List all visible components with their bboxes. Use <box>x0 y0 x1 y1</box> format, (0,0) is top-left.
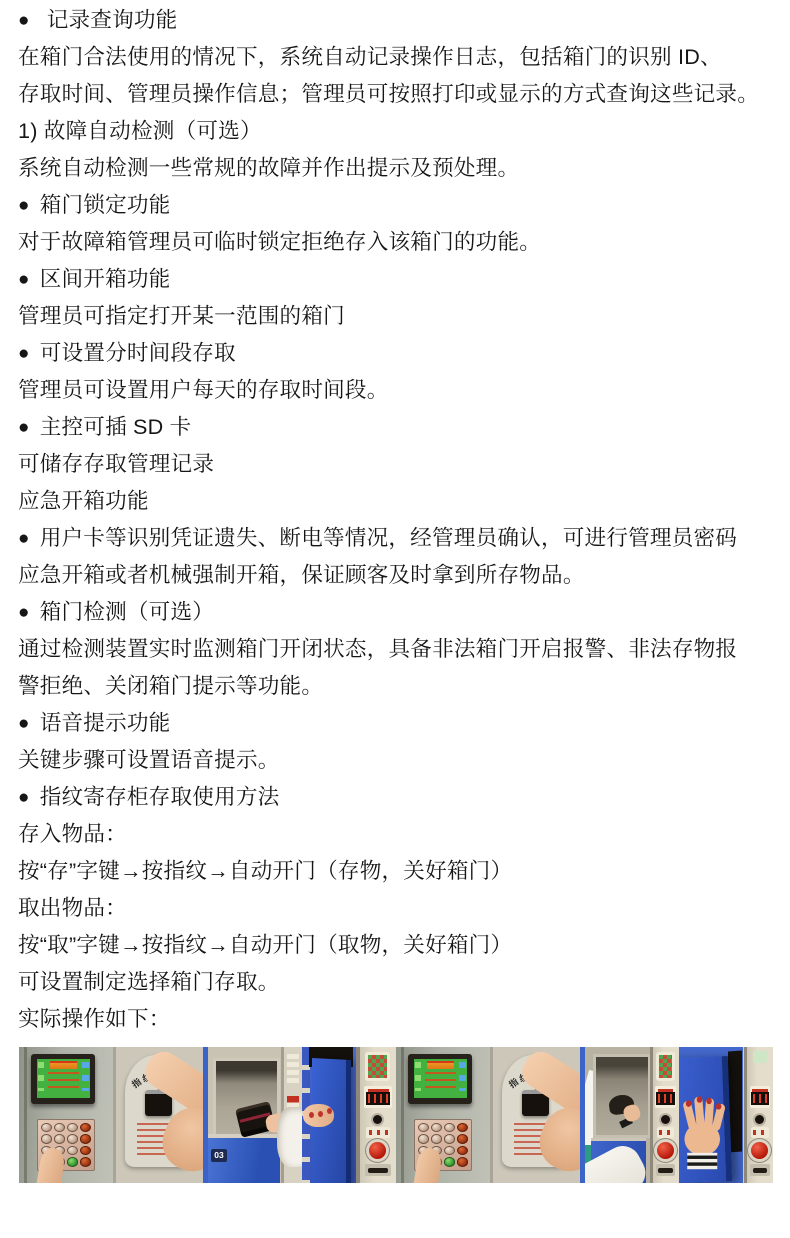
text-line: 可设置制定选择箱门存取。 <box>18 963 778 1000</box>
control-sticker <box>366 1127 389 1138</box>
line-text: 箱门锁定功能 <box>40 192 171 217</box>
photo-press-key-step <box>19 1047 113 1183</box>
photo-press-key-step <box>396 1047 490 1183</box>
text-line: 存取时间、管理员操作信息；管理员可按照打印或显示的方式查询这些记录。 <box>18 75 778 112</box>
bullet-icon: ● <box>18 779 30 816</box>
door-number-label: 03 <box>211 1149 226 1162</box>
line-text: 按“存”字键→按指纹→自动开门（存物，关好箱门） <box>18 858 512 883</box>
bullet-icon: ● <box>18 705 30 742</box>
text-line: 对于故障箱管理员可临时锁定拒绝存入该箱门的功能。 <box>18 223 778 260</box>
hand <box>679 1082 734 1183</box>
card-slot <box>365 1164 391 1176</box>
line-text: 实际操作如下： <box>18 1006 171 1031</box>
bullet-icon: ● <box>18 335 30 372</box>
line-text: 关键步骤可设置语音提示。 <box>18 747 280 772</box>
photo-close-door-step <box>679 1047 773 1183</box>
text-line: ●区间开箱功能 <box>18 260 778 297</box>
card-slot <box>656 1164 675 1176</box>
keyhole <box>661 1115 670 1124</box>
control-column <box>744 1047 773 1183</box>
line-text: 管理员可设置用户每天的存取时间段。 <box>18 377 389 402</box>
photo-retrieve-step <box>585 1047 679 1183</box>
line-text: 对于故障箱管理员可临时锁定拒绝存入该箱门的功能。 <box>18 229 541 254</box>
text-line: ●语音提示功能 <box>18 704 778 741</box>
line-text: 取出物品： <box>18 895 127 920</box>
line-text: 管理员可指定打开某一范围的箱门 <box>18 303 345 328</box>
locker-screen <box>408 1054 472 1104</box>
document-body: ●记录查询功能 在箱门合法使用的情况下，系统自动记录操作日志，包括箱门的识别 I… <box>0 0 790 1037</box>
line-text: 存取时间、管理员操作信息；管理员可按照打印或显示的方式查询这些记录。 <box>18 81 759 106</box>
striped-sleeve <box>687 1153 717 1169</box>
control-sticker <box>657 1127 674 1138</box>
line-text: 通过检测装置实时监测箱门开闭状态，具备非法箱门开启报警、非法存物报 <box>18 636 737 661</box>
text-line: ●记录查询功能 <box>18 1 778 38</box>
control-column <box>650 1047 679 1183</box>
bullet-icon: ● <box>18 187 30 224</box>
text-line: 存入物品： <box>18 815 778 852</box>
control-sticker-green <box>753 1051 768 1063</box>
control-keypad <box>656 1052 674 1081</box>
text-line: ●指纹寄存柜存取使用方法 <box>18 778 778 815</box>
text-line: 管理员可设置用户每天的存取时间段。 <box>18 371 778 408</box>
bullet-icon: ● <box>18 594 30 631</box>
control-column <box>356 1047 396 1183</box>
text-line: 通过检测装置实时监测箱门开闭状态，具备非法箱门开启报警、非法存物报 <box>18 630 778 667</box>
text-line: 警拒绝、关闭箱门提示等功能。 <box>18 667 778 704</box>
text-line: 1) 故障自动检测（可选） <box>18 112 778 149</box>
text-line: 关键步骤可设置语音提示。 <box>18 741 778 778</box>
text-line: ●可设置分时间段存取 <box>18 334 778 371</box>
text-line: ●箱门锁定功能 <box>18 186 778 223</box>
text-line: 按“存”字键→按指纹→自动开门（存物，关好箱门） <box>18 852 778 889</box>
text-line: 按“取”字键→按指纹→自动开门（取物，关好箱门） <box>18 926 778 963</box>
bullet-icon: ● <box>18 409 30 446</box>
line-text: 区间开箱功能 <box>40 266 171 291</box>
photo-strip: 指纹识别区 ↓ 03 <box>19 1047 773 1183</box>
photo-fingerprint-step: 指纹识别区 ↓ <box>490 1047 584 1183</box>
bullet-icon: ● <box>18 2 30 39</box>
control-display <box>655 1086 675 1108</box>
control-display <box>750 1086 770 1108</box>
locker-screen <box>31 1054 95 1104</box>
line-text: 箱门检测（可选） <box>40 599 214 624</box>
line-text: 可储存存取管理记录 <box>18 451 214 476</box>
emergency-button <box>657 1142 674 1159</box>
emergency-button <box>751 1142 768 1159</box>
text-line: 管理员可指定打开某一范围的箱门 <box>18 297 778 334</box>
text-line: 实际操作如下： <box>18 1000 778 1037</box>
text-line: 可储存存取管理记录 <box>18 445 778 482</box>
line-text: 存入物品： <box>18 821 127 846</box>
line-text: 按“取”字键→按指纹→自动开门（取物，关好箱门） <box>18 932 512 957</box>
control-sticker <box>751 1127 768 1138</box>
sleeve <box>277 1107 302 1167</box>
hand <box>303 1104 334 1127</box>
keyhole <box>373 1115 382 1124</box>
line-text: 可设置分时间段存取 <box>40 340 236 365</box>
line-text: 语音提示功能 <box>40 710 171 735</box>
line-text: 在箱门合法使用的情况下，系统自动记录操作日志，包括箱门的识别 ID、 <box>18 44 722 69</box>
line-text: 指纹寄存柜存取使用方法 <box>40 784 280 809</box>
line-text: 应急开箱或者机械强制开箱，保证顾客及时拿到所存物品。 <box>18 562 585 587</box>
bullet-icon: ● <box>18 261 30 298</box>
line-text: 应急开箱功能 <box>18 488 149 513</box>
text-line: 应急开箱或者机械强制开箱，保证顾客及时拿到所存物品。 <box>18 556 778 593</box>
line-text: 主控可插 SD 卡 <box>40 414 192 439</box>
text-line: 应急开箱功能 <box>18 482 778 519</box>
line-text: 用户卡等识别凭证遗失、断电等情况，经管理员确认，可进行管理员密码 <box>40 525 737 550</box>
line-text: 可设置制定选择箱门存取。 <box>18 969 280 994</box>
photo-fingerprint-step: 指纹识别区 ↓ <box>113 1047 207 1183</box>
text-line: 在箱门合法使用的情况下，系统自动记录操作日志，包括箱门的识别 ID、 <box>18 38 778 75</box>
line-text: 系统自动检测一些常规的故障并作出提示及预处理。 <box>18 155 519 180</box>
keyhole <box>755 1115 764 1124</box>
text-line: ●箱门检测（可选） <box>18 593 778 630</box>
text-line: ●用户卡等识别凭证遗失、断电等情况，经管理员确认，可进行管理员密码 <box>18 519 778 556</box>
text-line: 取出物品： <box>18 889 778 926</box>
bullet-icon: ● <box>18 520 30 557</box>
control-display <box>364 1086 392 1108</box>
text-line: ●主控可插 SD 卡 <box>18 408 778 445</box>
line-text: 警拒绝、关闭箱门提示等功能。 <box>18 673 323 698</box>
line-text: 1) 故障自动检测（可选） <box>18 118 262 143</box>
card-slot <box>750 1164 769 1176</box>
control-keypad <box>365 1052 390 1081</box>
photo-door-open-step <box>302 1047 396 1183</box>
text-line: 系统自动检测一些常规的故障并作出提示及预处理。 <box>18 149 778 186</box>
line-text: 记录查询功能 <box>47 7 178 32</box>
emergency-button <box>369 1142 386 1159</box>
photo-deposit-step: 03 <box>208 1047 302 1183</box>
